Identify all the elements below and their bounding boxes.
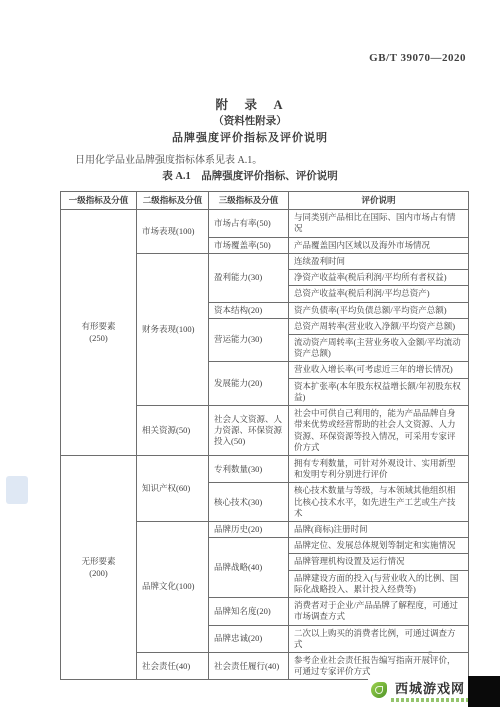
cell-desc: 产品覆盖国内区域以及海外市场情况: [289, 237, 469, 253]
blue-smudge-watermark: [6, 476, 28, 504]
cell-l2: 相关资源(50): [137, 406, 209, 456]
appendix-subtitle: （资料性附录）: [0, 113, 500, 128]
cell-desc: 品牌(商标)注册时间: [289, 522, 469, 538]
cell-l3: 资本结构(20): [209, 302, 289, 318]
table-row: 无形要素 (200) 知识产权(60) 专利数量(30) 拥有专利数量，可针对外…: [61, 455, 469, 482]
header-level3: 三级指标及分值: [209, 192, 289, 210]
cell-l1-intangible: 无形要素 (200): [61, 455, 137, 680]
l1-label: 有形要素: [81, 321, 115, 331]
header-desc: 评价说明: [289, 192, 469, 210]
cell-l3: 品牌知名度(20): [209, 598, 289, 625]
watermark-site-name: 西城游戏网: [395, 678, 465, 697]
cell-desc: 社会中可供自己利用的，能为产品品牌自身带来优势或经营帮助的社会人文资源、人力资源…: [289, 406, 469, 456]
cell-l3: 市场占有率(50): [209, 210, 289, 237]
cell-desc: 品牌建设方面的投入(与营业收入的比例、国际化战略投入、累计投入经费等): [289, 570, 469, 597]
cell-l3: 社会责任履行(40): [209, 653, 289, 680]
l1-label: 无形要素: [81, 556, 115, 566]
cell-desc: 拥有专利数量，可针对外观设计、实用新型和发明专利分别进行评价: [289, 455, 469, 482]
cell-desc: 与同类别产品相比在国际、国内市场占有情况: [289, 210, 469, 237]
cell-desc: 流动资产周转率(主营业务收入金额/平均流动资产总额): [289, 334, 469, 361]
table-caption: 表 A.1 品牌强度评价指标、评价说明: [0, 168, 500, 183]
intro-paragraph: 日用化学品业品牌强度指标体系见表 A.1。: [75, 151, 262, 166]
appendix-title: 附 录 A: [0, 95, 500, 113]
cell-desc: 营业收入增长率(可考虑近三年的增长情况): [289, 362, 469, 378]
cell-l2: 社会责任(40): [137, 653, 209, 680]
cell-desc: 消费者对于企业/产品品牌了解程度，可通过市场调查方式: [289, 598, 469, 625]
cell-desc: 品牌管理机构设置及运行情况: [289, 554, 469, 570]
standard-doc-number: GB/T 39070—2020: [369, 52, 466, 64]
green-leaf-icon: [371, 682, 387, 698]
table-row: 有形要素 (250) 市场表现(100) 市场占有率(50) 与同类别产品相比在…: [61, 210, 469, 237]
cell-l3: 营运能力(30): [209, 318, 289, 362]
appendix-heading: 品牌强度评价指标及评价说明: [0, 129, 500, 145]
l1-score: (250): [89, 333, 107, 343]
cell-desc: 核心技术数量与等级，与本领域其他组织相比核心技术水平，如先进生产工艺或生产技术: [289, 483, 469, 522]
cell-l3: 品牌历史(20): [209, 522, 289, 538]
cell-l2: 市场表现(100): [137, 210, 209, 254]
cell-l2: 品牌文化(100): [137, 522, 209, 653]
page-number: 5: [428, 650, 433, 660]
cell-l3: 品牌忠诚(20): [209, 625, 289, 652]
indicator-table: 一级指标及分值 二级指标及分值 三级指标及分值 评价说明 有形要素 (250) …: [60, 191, 469, 680]
watermark-tagline: [391, 698, 469, 702]
cell-desc: 总资产周转率(营业收入净额/平均资产总额): [289, 318, 469, 334]
header-level2: 二级指标及分值: [137, 192, 209, 210]
cell-l3: 盈利能力(30): [209, 253, 289, 302]
cell-desc: 连续盈利时间: [289, 253, 469, 269]
black-corner-overlay: [468, 676, 500, 707]
cell-l2: 财务表现(100): [137, 253, 209, 405]
cell-l1-tangible: 有形要素 (250): [61, 210, 137, 456]
cell-desc: 资产负债率(平均负债总额/平均资产总额): [289, 302, 469, 318]
cell-desc: 净资产收益率(税后利润/平均所有者权益): [289, 270, 469, 286]
cell-l3: 核心技术(30): [209, 483, 289, 522]
cell-desc: 二次以上购买的消费者比例，可通过调查方式: [289, 625, 469, 652]
cell-l3: 社会人文资源、人力资源、环保资源投入(50): [209, 406, 289, 456]
cell-l2: 知识产权(60): [137, 455, 209, 521]
cell-l3: 专利数量(30): [209, 455, 289, 482]
cell-l3: 市场覆盖率(50): [209, 237, 289, 253]
cell-desc: 资本扩张率(本年股东权益增长额/年初股东权益): [289, 378, 469, 405]
table-header-row: 一级指标及分值 二级指标及分值 三级指标及分值 评价说明: [61, 192, 469, 210]
cell-desc: 总资产收益率(税后利润/平均总资产): [289, 286, 469, 302]
l1-score: (200): [89, 568, 107, 578]
document-page: GB/T 39070—2020 附 录 A （资料性附录） 品牌强度评价指标及评…: [0, 0, 500, 707]
cell-desc: 品牌定位、发展总体规划等制定和实施情况: [289, 538, 469, 554]
cell-l3: 品牌战略(40): [209, 538, 289, 598]
header-level1: 一级指标及分值: [61, 192, 137, 210]
cell-l3: 发展能力(20): [209, 362, 289, 406]
site-watermark-badge[interactable]: 西城游戏网: [368, 676, 472, 704]
